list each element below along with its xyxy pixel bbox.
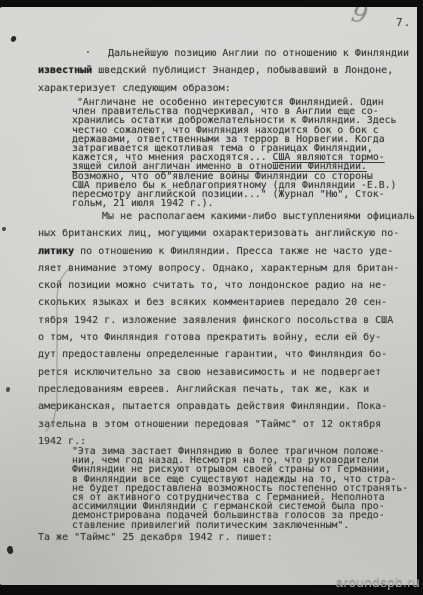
text-line: тября 1942 г. изложение заявления финско…	[38, 312, 414, 329]
text-line: ляет внимание этому вопросу. Однако, хар…	[38, 260, 414, 277]
text-segment: ской позиции можно считать то, что лондо…	[38, 280, 387, 291]
scan-edge-right	[417, 0, 423, 595]
text-line: известный шведский публицист Энандер, по…	[38, 62, 414, 79]
quoted-passage: "Эта зима застает Финляндию в более траг…	[72, 447, 416, 530]
text-line: дут предоставлены определенные гарантии,…	[38, 346, 414, 363]
text-segment: скольких языках и без всяких комментарие…	[38, 297, 387, 308]
paragraph: Та же "Таймс" 25 декабря 1942 г. пишет:	[38, 529, 414, 546]
text-segment: шведский публицист Энандер, побывавший в…	[92, 65, 393, 76]
ink-speck	[10, 35, 17, 42]
text-line: Дальнейшую позицию Англии по отношению к…	[38, 45, 414, 62]
text-line: преследованиям евреев. Английская печать…	[38, 381, 414, 398]
text-line: о том, что Финляндия готова прекратить в…	[38, 329, 414, 346]
scan-edge-top	[0, 0, 423, 7]
text-segment: ных британских лиц, могущими охарактериз…	[38, 228, 399, 239]
text-line: американская, пытается оправдать действи…	[38, 398, 414, 415]
scanned-document-screenshot: { "annotations": { "handwritten_number":…	[0, 0, 423, 595]
text-segment: о том, что Финляндия готова прекратить в…	[38, 332, 381, 343]
text-line: литику по отношению к Финляндии. Пресса …	[38, 243, 414, 260]
text-segment: Дальнейшую позицию Англии по отношению к…	[108, 48, 409, 59]
text-line: характеризует следующим образом:	[38, 80, 414, 97]
text-segment: преследованиям евреев. Английская печать…	[38, 384, 369, 395]
emphasized-text: известный	[38, 65, 92, 76]
typed-page-number: 7.	[396, 16, 411, 29]
text-line: Та же "Таймс" 25 декабря 1942 г. пишет:	[38, 529, 414, 546]
text-segment: Та же "Таймс" 25 декабря 1942 г. пишет:	[38, 532, 273, 543]
paragraph: Мы не располагаем какими-либо выступлени…	[38, 208, 414, 450]
paragraph: Дальнейшую позицию Англии по отношению к…	[38, 45, 414, 97]
text-line: Мы не располагаем какими-либо выступлени…	[38, 208, 414, 225]
watermark: aroundspb.ru	[336, 575, 420, 590]
text-line: зательна в этом отношении передовая "Тай…	[38, 416, 414, 433]
text-segment: дут предоставлены определенные гарантии,…	[38, 349, 387, 360]
text-segment: характеризует следующим образом:	[38, 83, 231, 94]
document-page: 9 7. Дальнейшую позицию Англии по отноше…	[0, 7, 417, 585]
text-line: ской позиции можно считать то, что лондо…	[38, 277, 414, 294]
ink-speck	[2, 227, 6, 231]
ink-speck	[6, 387, 10, 392]
ink-speck	[6, 545, 14, 554]
text-segment: ляет внимание этому вопросу. Однако, хар…	[38, 263, 399, 274]
text-segment: по отношению к Финляндии. Пресса также н…	[74, 246, 393, 257]
text-segment: зательна в этом отношении передовая "Тай…	[38, 419, 381, 430]
text-line: скольких языках и без всяких комментарие…	[38, 294, 414, 311]
text-line: ных британских лиц, могущими охарактериз…	[38, 225, 414, 242]
emphasized-text: литику	[38, 246, 74, 257]
quoted-passage: "Англичане не особенно интересуются Финл…	[72, 98, 416, 208]
text-segment: американская, пытается оправдать действи…	[38, 401, 387, 412]
text-segment: тября 1942 г. изложение заявления финско…	[38, 315, 393, 326]
text-line: рется исключительно за свою независимост…	[38, 364, 414, 381]
text-segment: рется исключительно за свою независимост…	[38, 367, 381, 378]
text-segment: Мы не располагаем какими-либо выступлени…	[102, 211, 421, 222]
